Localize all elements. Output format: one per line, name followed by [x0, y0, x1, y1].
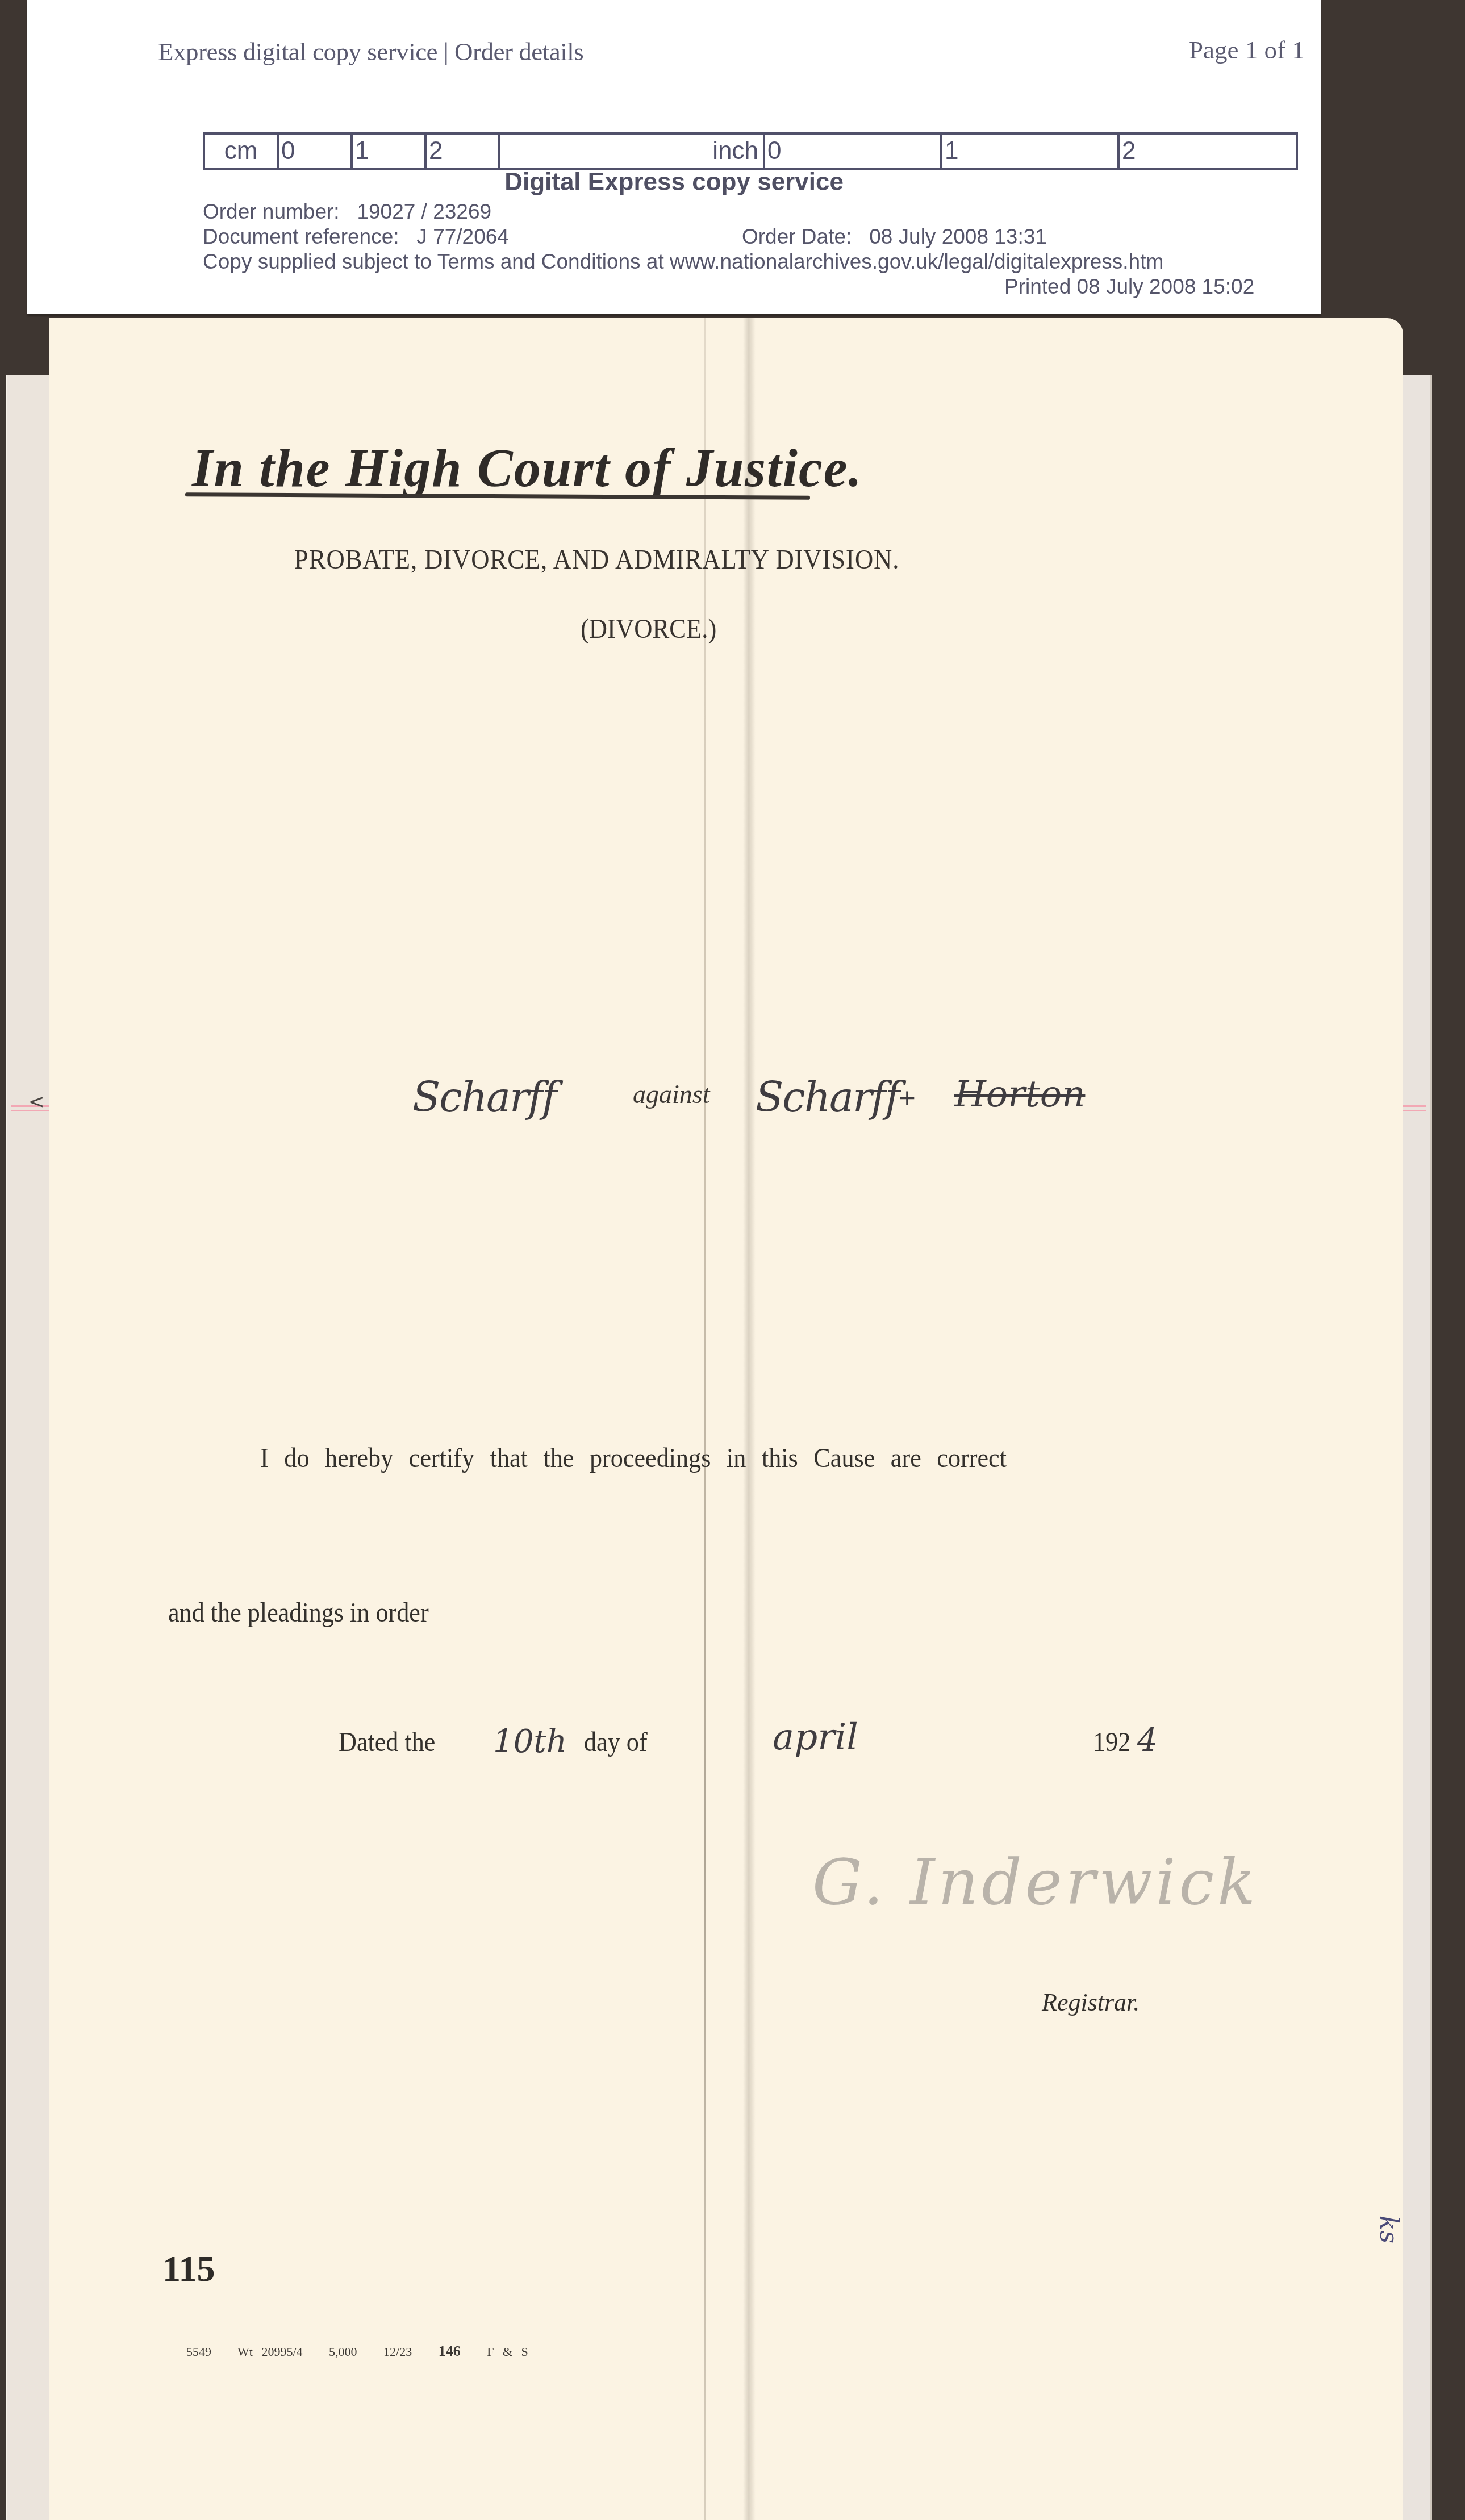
year-suffix: 4: [1137, 1722, 1158, 1759]
printer-wt: Wt 20995/4: [237, 2345, 303, 2359]
ruler-inch-tick: 1: [942, 135, 1120, 168]
court-title: In the High Court of Justice.: [192, 436, 863, 499]
document-reference-value: J 77/2064: [416, 225, 509, 248]
petitioner-name: Scharff: [412, 1073, 556, 1121]
ruler-inch-label: inch: [500, 135, 765, 168]
document-reference-row: Document reference: J 77/2064: [203, 225, 509, 249]
pleadings-text: and the pleadings in order: [168, 1597, 429, 1628]
ruler-cm-tick: 2: [427, 135, 500, 168]
ruler-cm-label: cm: [205, 135, 279, 168]
order-number-value: 19027 / 23269: [357, 200, 491, 223]
registrar-title: Registrar.: [1042, 1988, 1140, 2017]
margin-tick-mark: <: [28, 1090, 45, 1113]
registrar-signature: G. Inderwick: [812, 1846, 1259, 1919]
terms-text: Copy supplied subject to Terms and Condi…: [203, 250, 1163, 274]
ruler-cm-tick: 1: [353, 135, 427, 168]
order-number-label: Order number:: [203, 200, 340, 223]
order-details-slip: Express digital copy service | Order det…: [27, 0, 1321, 314]
ruler-inch-tick: 2: [1120, 135, 1296, 168]
dated-label: Dated the: [339, 1727, 435, 1758]
year-prefix: 192: [1093, 1727, 1130, 1758]
order-number-row: Order number: 19027 / 23269: [203, 200, 491, 224]
against-label: against: [633, 1079, 709, 1109]
order-date-row: Order Date: 08 July 2008 13:31: [742, 225, 1047, 249]
document-reference-label: Document reference:: [203, 225, 399, 248]
document-sheet: [49, 318, 1403, 2520]
sub-division-heading: (DIVORCE.): [581, 613, 716, 645]
day-value: 10th: [493, 1723, 567, 1760]
margin-annotation: ks: [1374, 2216, 1403, 2243]
division-heading: PROBATE, DIVORCE, AND ADMIRALTY DIVISION…: [294, 544, 899, 575]
slip-title: Express digital copy service | Order det…: [158, 37, 583, 66]
co-respondent-name-struck: Horton: [954, 1073, 1085, 1115]
respondent-name: Scharff: [756, 1073, 899, 1121]
center-fold-crease: [704, 318, 706, 2520]
scale-ruler: cm 0 1 2 inch 0 1 2: [203, 132, 1298, 170]
printer-quantity: 5,000: [329, 2345, 357, 2359]
printer-date: 12/23: [383, 2345, 412, 2359]
order-date-label: Order Date:: [742, 225, 852, 248]
party-conjunction: +: [898, 1085, 917, 1111]
ruler-cm-tick: 0: [279, 135, 353, 168]
printed-timestamp: Printed 08 July 2008 15:02: [1004, 275, 1254, 299]
printer-imprint: 5549 Wt 20995/4 5,000 12/23 146 F & S: [186, 2343, 528, 2360]
form-number: 115: [162, 2248, 215, 2290]
ruler-inch-tick: 0: [765, 135, 942, 168]
page-indicator: Page 1 of 1: [1189, 35, 1305, 65]
certification-text: I do hereby certify that the proceedings…: [260, 1443, 1007, 1474]
printer-name: F & S: [487, 2345, 528, 2359]
printer-batch: 146: [439, 2343, 461, 2359]
day-of-label: day of: [584, 1727, 648, 1758]
slip-heading: Digital Express copy service: [27, 168, 1321, 197]
printer-code: 5549: [186, 2345, 211, 2359]
month-value: april: [773, 1716, 858, 1758]
order-date-value: 08 July 2008 13:31: [869, 225, 1047, 248]
